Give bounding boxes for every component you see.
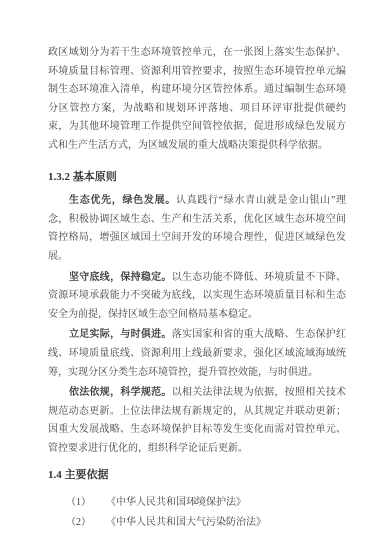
page-content: 政区域划分为若干生态环境管控单元，在一张图上落实生态保护、环境质量目标管理、资源… [48, 44, 346, 533]
document-page: 政区域划分为若干生态环境管控单元，在一张图上落实生态保护、环境质量目标管理、资源… [0, 0, 390, 551]
principle-lead-4: 依法依规，科学规范。 [69, 387, 172, 398]
principle-paragraph-1: 生态优先，绿色发展。认真践行“绿水青山就是金山银山”理念，积极协调区域生态、生产… [48, 192, 346, 266]
reference-title-2: 《中华人民共和国大气污染防治法》 [106, 513, 266, 532]
principle-paragraph-3: 立足实际，与时俱进。落实国家和省的重大战略、生态保护红线、环境质量底线、资源利用… [48, 326, 346, 382]
paragraph-intro: 政区域划分为若干生态环境管控单元，在一张图上落实生态保护、环境质量目标管理、资源… [48, 44, 346, 156]
principle-paragraph-2: 坚守底线，保持稳定。以生态功能不降低、环境质量不下降、资源环境承载能力不突破为底… [48, 269, 346, 325]
section-heading-1-4: 1.4 主要依据 [48, 466, 346, 485]
reference-item-2: （2） 《中华人民共和国大气污染防治法》 [66, 513, 346, 532]
principle-paragraph-4: 依法依规，科学规范。以相关法律法规为依据，按照相关技术规范动态更新。上位法律法规… [48, 384, 346, 458]
principle-lead-2: 坚守底线，保持稳定。 [69, 272, 172, 283]
page-number: 2 [0, 497, 390, 506]
principle-lead-3: 立足实际，与时俱进。 [69, 329, 172, 340]
paragraph-intro-text: 政区域划分为若干生态环境管控单元，在一张图上落实生态保护、环境质量目标管理、资源… [48, 47, 346, 151]
reference-number-2: （2） [66, 513, 96, 532]
principle-lead-1: 生态优先，绿色发展。 [69, 195, 176, 206]
section-heading-1-3-2: 1.3.2 基本原则 [48, 168, 346, 187]
